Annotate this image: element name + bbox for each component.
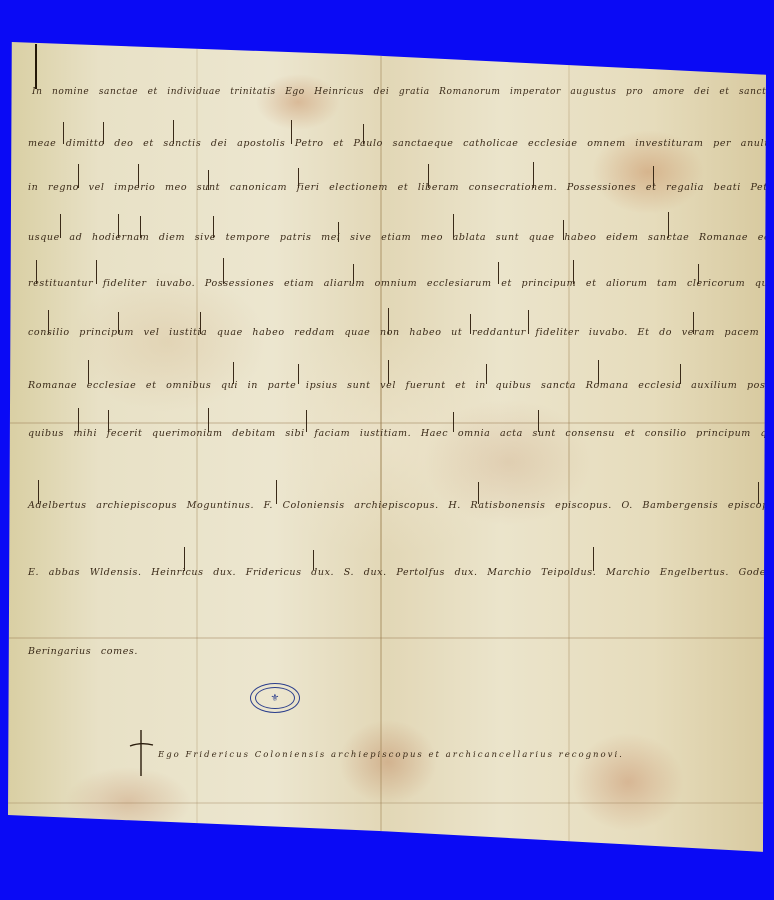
fold-line-horizontal bbox=[8, 637, 766, 639]
fold-line-horizontal bbox=[8, 802, 766, 804]
fold-line-vertical bbox=[380, 42, 382, 860]
initial-letter-I bbox=[35, 44, 37, 89]
parchment-document: In nomine sanctae et individuae trinitat… bbox=[8, 42, 766, 860]
text-line-6: consilio principum vel iustitia quae hab… bbox=[28, 327, 774, 338]
text-line-1: In nomine sanctae et individuae trinitat… bbox=[32, 87, 774, 97]
text-line-8: quibus mihi fecerit querimoniam debitam … bbox=[28, 428, 774, 439]
fold-line-horizontal bbox=[8, 422, 766, 424]
text-line-5: restituantur fideliter iuvabo. Possessio… bbox=[28, 278, 774, 289]
subscription-line: Ego Fridericus Coloniensis archiepiscopu… bbox=[158, 750, 624, 760]
signum-cross-icon bbox=[128, 728, 154, 778]
fold-line-vertical bbox=[568, 42, 570, 860]
text-line-2: meae dimitto deo et sanctis dei apostoli… bbox=[28, 138, 774, 149]
text-line-9: Adelbertus archiepiscopus Moguntinus. F.… bbox=[28, 500, 774, 511]
text-line-7: Romanae ecclesiae et omnibus qui in part… bbox=[28, 380, 774, 391]
text-line-3: in regno vel imperio meo sunt canonicam … bbox=[28, 182, 774, 193]
text-line-11: Beringarius comes. bbox=[28, 646, 138, 657]
text-line-10: E. abbas Wldensis. Heinricus dux. Frider… bbox=[28, 567, 774, 578]
fold-line-vertical bbox=[196, 42, 198, 860]
papal-tiara-keys-icon: ⚜ bbox=[255, 687, 295, 709]
archive-stamp: ⚜ bbox=[250, 683, 300, 713]
